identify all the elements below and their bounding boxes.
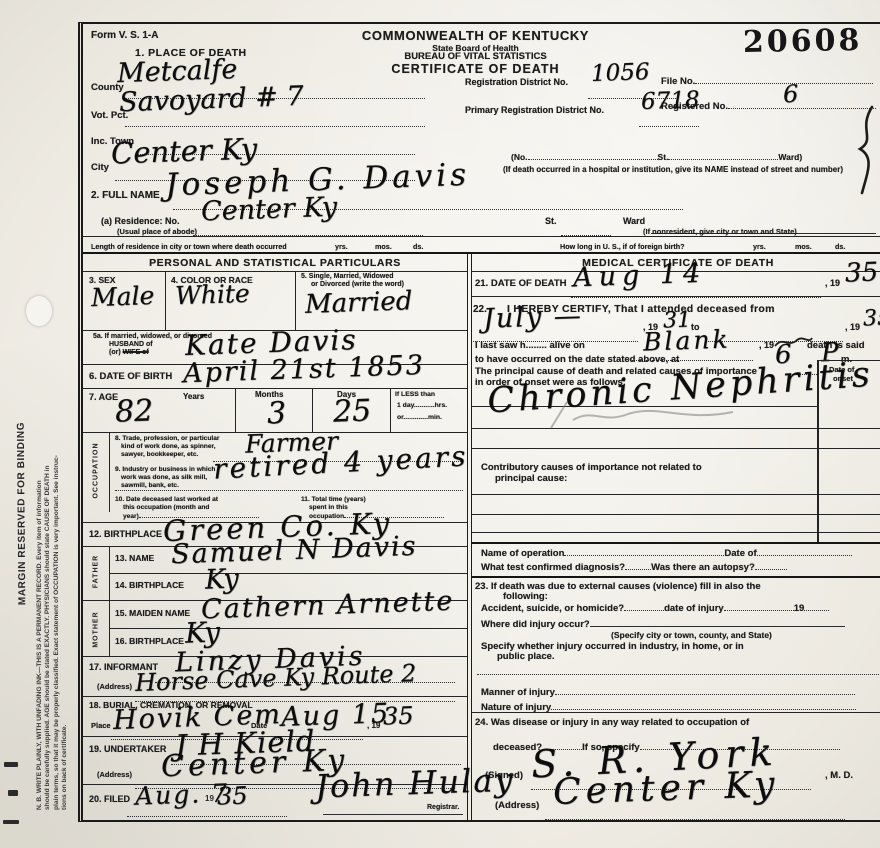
autopsy-label: Was there an autopsy? [651, 562, 755, 573]
registration-district-value: 1056 [591, 59, 650, 87]
or-label: (or) [109, 349, 121, 356]
trade-label3: sawyer, bookkeeper, etc. [121, 451, 198, 458]
row-line [83, 271, 467, 272]
contributory-label: Contributory causes of importance not re… [481, 462, 702, 473]
row-line [471, 296, 880, 297]
date-of-death-label: 21. DATE OF DEATH [475, 278, 567, 289]
mother-name-label: 15. MAIDEN NAME [115, 608, 190, 618]
to-year-prefix: , 19 [845, 322, 860, 332]
nature-injury-line [551, 702, 856, 710]
certificate-title: CERTIFICATE OF DEATH [338, 62, 613, 76]
binding-mark [8, 790, 18, 796]
occupation-band-divider [109, 432, 110, 512]
primary-district-line [639, 114, 699, 127]
primary-district-value: 6718 [641, 87, 700, 115]
injury-answer-line [477, 674, 880, 675]
autopsy-row: What test confirmed diagnosis? Was there… [481, 562, 787, 573]
if-less-label: If LESS than [395, 391, 435, 398]
certificate-form: Form V. S. 1-A 1. PLACE OF DEATH COMMONW… [78, 22, 880, 822]
industry-label3: sawmill, bank, etc. [121, 482, 179, 489]
death-year-prefix: , 19 [825, 278, 840, 288]
primary-district-label: Primary Registration District No. [465, 105, 604, 115]
ward-label: Ward) [778, 152, 802, 162]
row-line [471, 712, 880, 713]
if-less-line2: 1 day...........hrs. [397, 402, 447, 409]
bureau-subtitle: BUREAU OF VITAL STATISTICS [338, 51, 613, 62]
age-days-value: 25 [332, 393, 371, 429]
residence-st-label: St. [545, 216, 557, 226]
residence-line [193, 223, 423, 236]
autopsy-line [755, 562, 787, 570]
registration-district-label: Registration District No. [465, 77, 568, 87]
wife-of-label: WIFE of [123, 349, 149, 356]
undertaker-label: 19. UNDERTAKER [89, 744, 166, 754]
last-worked-label: 10. Date deceased last worked at [115, 496, 218, 503]
contributory-line [471, 532, 880, 533]
st-label: St. [658, 152, 669, 162]
residence-st-line [561, 223, 611, 236]
cell-divider [312, 388, 313, 432]
mother-side-label: MOTHER [93, 600, 100, 660]
marital-value: Married [305, 286, 413, 320]
yrs-label: yrs. [335, 242, 348, 251]
where-injury-line [590, 619, 845, 627]
city-label: City [91, 162, 109, 173]
age-years-value: 82 [114, 393, 153, 429]
cell-divider [390, 388, 391, 432]
margin-instructions-line: plain terms, so that it may be properly … [53, 455, 61, 810]
filed-year-prefix: 19 [205, 794, 214, 803]
commonwealth-title: COMMONWEALTH OF KENTUCKY [338, 28, 613, 43]
cause-line [471, 448, 880, 449]
nonresident-note: (If nonresident, give city or town and S… [643, 227, 797, 236]
residence-value: Center Ky [201, 192, 338, 228]
how-long-us-label: How long in U. S., if of foreign birth? [560, 242, 685, 251]
header-divider-heavy [83, 252, 880, 254]
us-mos-label: mos. [795, 242, 812, 251]
street-ward-row: (No. St. Ward) [511, 152, 802, 162]
serial-number-stamp: 20608 [743, 23, 863, 60]
ds-label: ds. [413, 242, 423, 251]
contributory-label2: principal cause: [495, 473, 567, 484]
row-line [109, 628, 467, 629]
manner-injury-row: Manner of injury [481, 687, 855, 698]
trade-label: 8. Trade, profession, or particular [115, 435, 219, 442]
personal-section-title: PERSONAL AND STATISTICAL PARTICULARS [83, 257, 467, 269]
external-causes-label2: following: [503, 591, 548, 602]
mother-birthplace-value: Ky [184, 615, 220, 649]
last-worked-label2: this occupation (month and [123, 504, 209, 511]
accident-line [624, 603, 664, 611]
cell-divider [235, 388, 236, 432]
attended-to-year: 35 [863, 306, 880, 332]
registrar-signature: John Hulay [314, 761, 515, 806]
residence-ward-label: Ward [623, 216, 645, 226]
date-of-death-year: 35 [844, 257, 878, 288]
st-line [668, 152, 778, 160]
father-birthplace-label: 14. BIRTHPLACE [115, 580, 184, 590]
burial-place-label: Place [91, 721, 111, 730]
husband-of-label: HUSBAND of [109, 341, 153, 348]
file-no-row: File No. [661, 76, 873, 87]
margin-instructions-line: tions on back of certificate. [61, 455, 69, 810]
binding-mark [4, 762, 18, 767]
md-label: , M. D. [825, 770, 853, 781]
specify-injury-label2: public place. [497, 651, 555, 662]
filed-label: 20. FILED [89, 794, 130, 804]
occurred-label: to have occurred on the date stated abov… [475, 354, 679, 365]
last-worked-label3: year) [123, 513, 139, 520]
full-name-label: 2. FULL NAME [91, 190, 160, 201]
age-months-value: 3 [266, 396, 286, 432]
trade-label2: kind of work done, as spinner, [121, 443, 216, 450]
vot-pct-value: Savoyard # 7 [119, 81, 305, 118]
date-of-label: Date of [724, 548, 756, 559]
informant-address-label: (Address) [97, 682, 132, 691]
last-saw-label: I last saw h........ alive on [475, 340, 585, 351]
where-injury-label: Where did injury occur? [481, 619, 590, 630]
injury-date-line [724, 603, 794, 611]
burial-date-year: 35 [383, 701, 415, 730]
section-rule [471, 542, 880, 544]
contributory-line [471, 514, 880, 515]
hospital-note: (If death occurred in a hospital or inst… [503, 165, 843, 174]
total-time-label: 11. Total time (years) [301, 496, 366, 503]
industry-label2: work was done, as silk mill, [121, 474, 207, 481]
margin-instructions-line: N. B. WRITE PLAINLY, WITH UNFADING INK—T… [36, 455, 44, 810]
manner-injury-label: Manner of injury [481, 687, 555, 698]
header-divider-light [83, 236, 880, 237]
birthplace-label: 12. BIRTHPLACE [89, 529, 162, 539]
binding-margin-label: MARGIN RESERVED FOR BINDING [16, 403, 29, 623]
cell-divider [165, 271, 166, 330]
manner-injury-line [555, 687, 855, 695]
us-yrs-label: yrs. [753, 242, 766, 251]
where-injury-row: Where did injury occur? [481, 619, 845, 630]
undertaker-address-label: (Address) [97, 770, 132, 779]
no-line [528, 152, 658, 160]
row-line [83, 696, 467, 697]
marital-label: 5. Single, Married, Widowed [301, 273, 394, 280]
margin-instructions: N. B. WRITE PLAINLY, WITH UNFADING INK—T… [36, 455, 70, 810]
no-label: (No. [511, 152, 528, 162]
form-number: Form V. S. 1-A [91, 30, 158, 41]
binding-mark [3, 820, 19, 824]
color-race-value: White [175, 279, 251, 311]
registered-no-line [728, 101, 876, 109]
us-ds-label: ds. [835, 242, 845, 251]
mother-birthplace-label: 16. BIRTHPLACE [115, 636, 184, 646]
father-name-label: 13. NAME [115, 553, 154, 563]
accident-row: Accident, suicide, or homicide? date of … [481, 603, 829, 614]
industry-line [115, 490, 463, 491]
occupation-question: 24. Was disease or injury in any way rel… [475, 717, 749, 728]
operation-date-line [757, 548, 852, 556]
vot-pct-line [125, 114, 425, 127]
physician-address-value: Center Ky [552, 764, 780, 813]
operation-label: Name of operation [481, 548, 564, 559]
column-divider [467, 252, 472, 820]
row-line [83, 388, 467, 389]
operation-row: Name of operation Date of [481, 548, 852, 559]
filed-line [127, 804, 287, 817]
if-less-line3: or.............min. [397, 414, 442, 421]
abode-note: (Usual place of abode) [117, 227, 197, 236]
or-wife-row: (or) WIFE of [109, 349, 149, 356]
saw-year-prefix: , 19 [759, 340, 774, 350]
age-years-label: Years [183, 392, 204, 401]
accident-label: Accident, suicide, or homicide? [481, 603, 624, 614]
death-certificate-scan: MARGIN RESERVED FOR BINDING N. B. WRITE … [0, 0, 880, 848]
specify-location-note: (Specify city or town, county, and State… [611, 630, 772, 640]
mos-label: mos. [375, 242, 392, 251]
row-line [109, 573, 467, 574]
length-residence-label: Length of residence in city or town wher… [91, 242, 287, 251]
test-line [625, 562, 651, 570]
margin-instructions-line: should be carefully supplied. AGE should… [44, 455, 52, 810]
industry-label: 9. Industry or business in which [115, 466, 215, 473]
operation-line [564, 548, 724, 556]
cell-divider [295, 271, 296, 330]
sex-value: Male [91, 281, 155, 312]
injury-date-label: date of injury [664, 603, 724, 614]
occupation-side-label: OCCUPATION [93, 441, 100, 501]
father-birthplace-value: Ky [204, 563, 239, 595]
contributory-line [471, 494, 880, 495]
father-side-label: FATHER [93, 542, 100, 602]
burial-year-prefix: , 19 [367, 721, 380, 730]
dob-label: 6. DATE OF BIRTH [89, 371, 172, 382]
physician-address-label: (Address) [495, 800, 539, 811]
injury-19-label: 19 [794, 603, 805, 614]
test-label: What test confirmed diagnosis? [481, 562, 625, 573]
punch-hole [26, 296, 52, 326]
residence-label: (a) Residence: No. [101, 216, 180, 226]
injury-year-line [804, 603, 829, 611]
section-rule [471, 576, 880, 578]
